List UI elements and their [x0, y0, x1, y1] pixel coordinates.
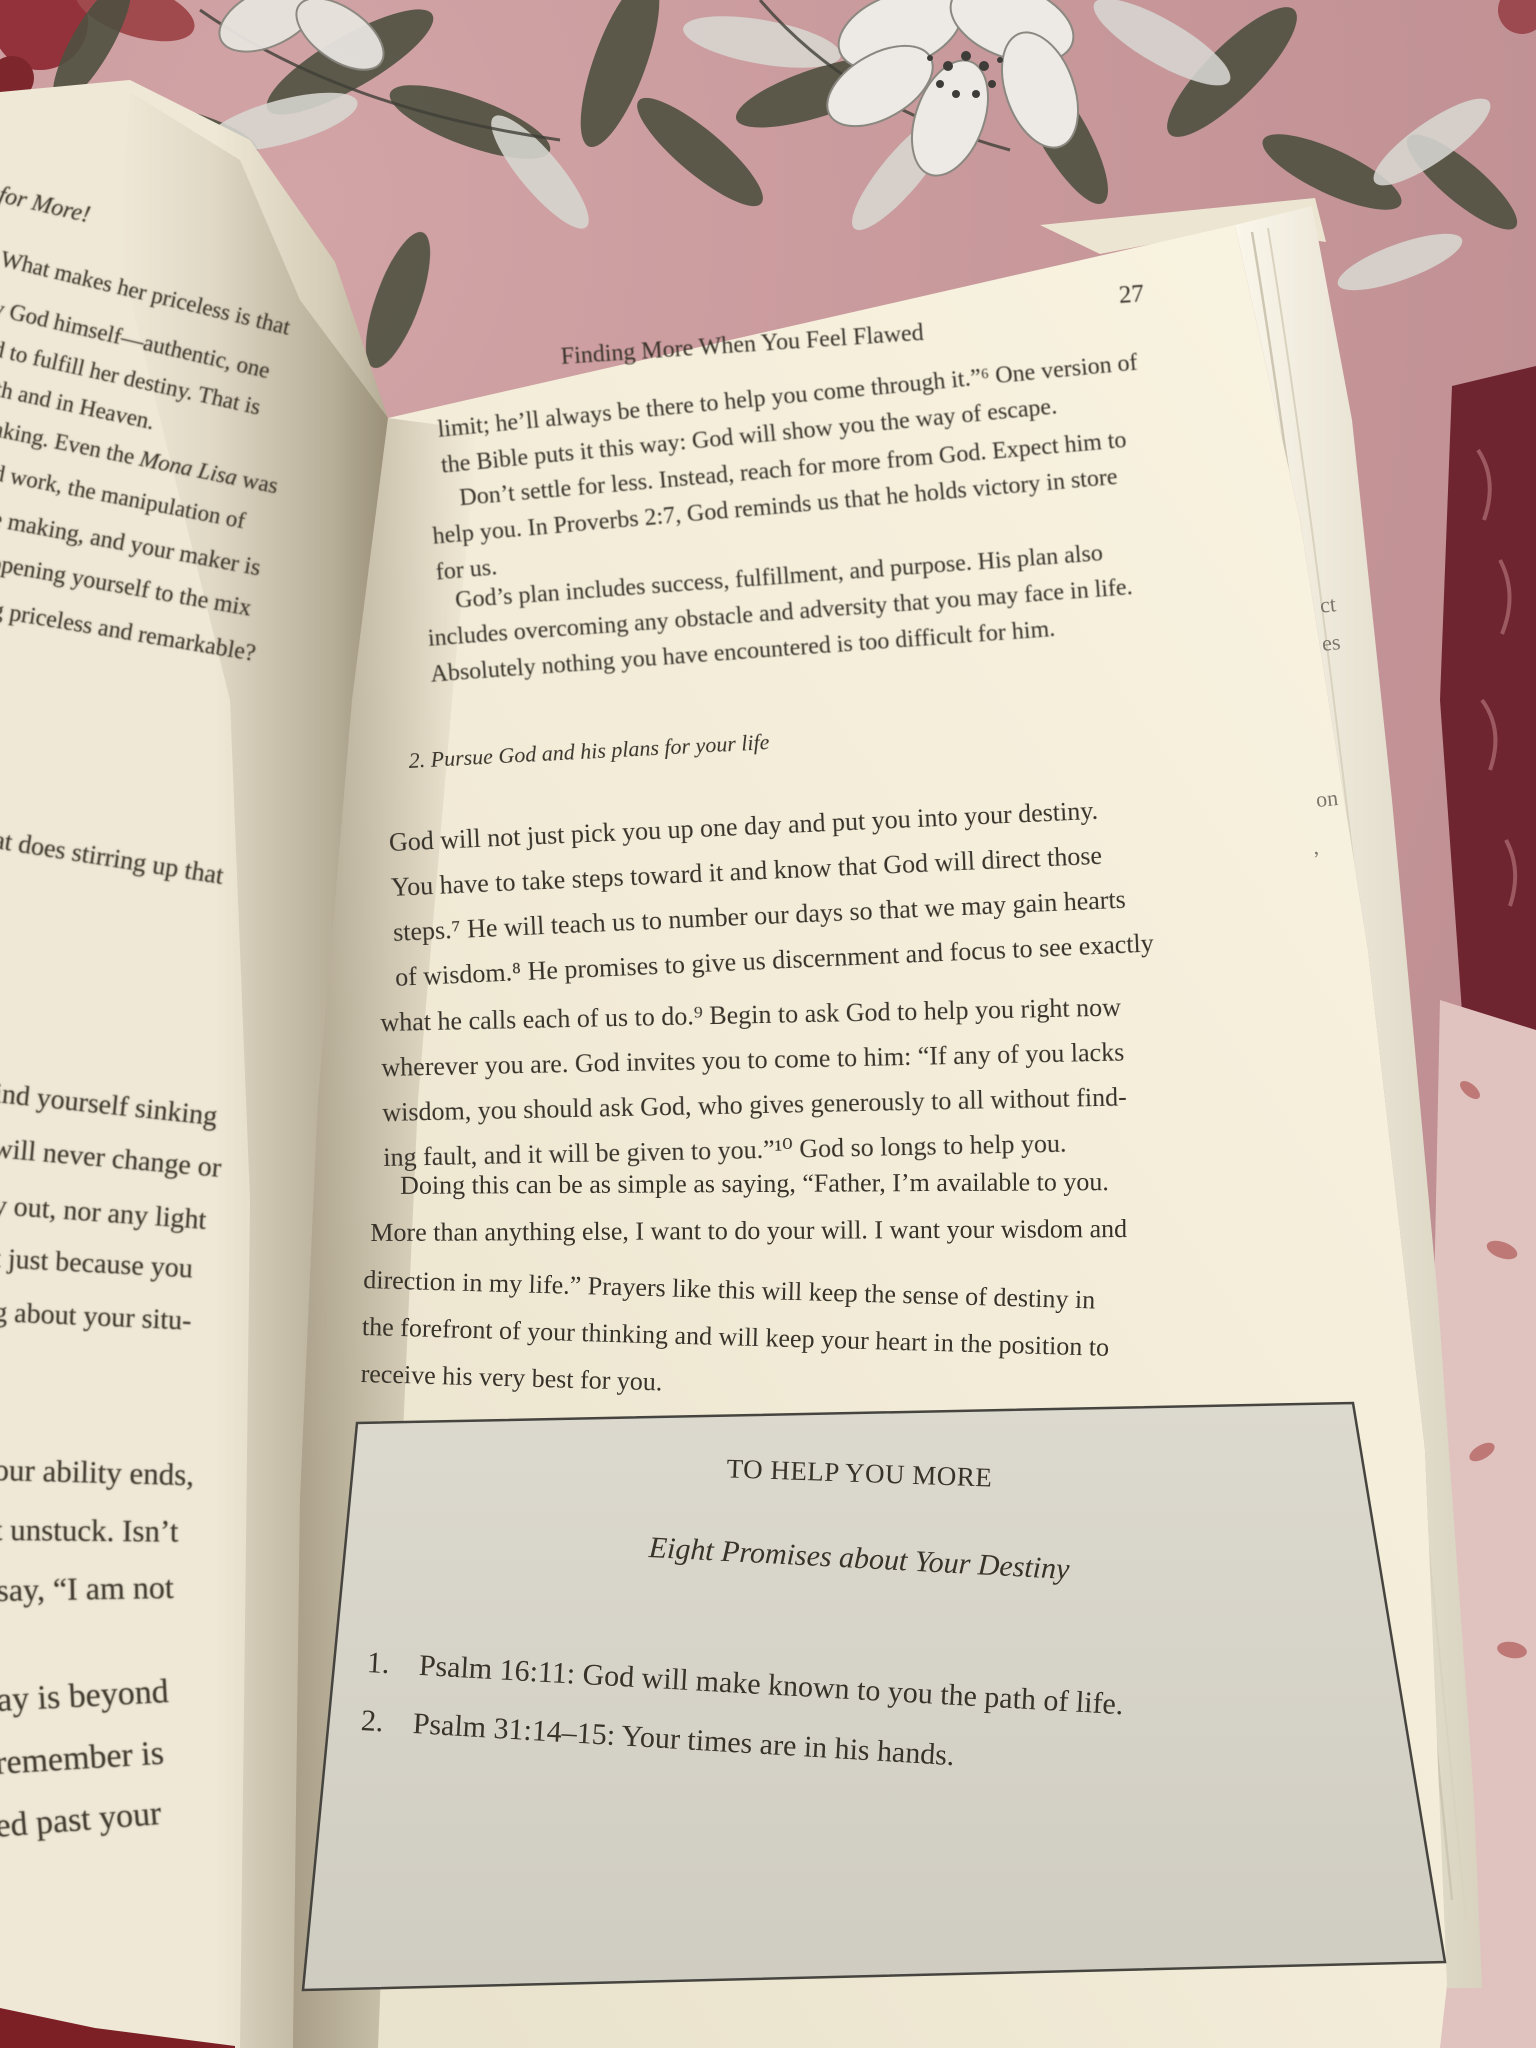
item-number: 2.	[360, 1704, 414, 1741]
page-number: 27	[1118, 280, 1145, 310]
edge-fragment: on	[1315, 785, 1340, 813]
paragraph-4a: God will not just pick you up one day an…	[388, 786, 1155, 1000]
edge-fragment: ct	[1319, 591, 1338, 619]
left-text-line: say, “I am not	[0, 1569, 174, 1609]
left-text-line: our ability ends,	[0, 1452, 195, 1493]
item-number: 1.	[366, 1646, 420, 1683]
paragraph-5b: direction in my life.” Prayers like this…	[360, 1256, 1111, 1418]
book-photo: ct es on , for More! What makes her pric…	[0, 0, 1536, 2048]
body-line: More than anything else, I want to do yo…	[370, 1205, 1127, 1256]
paragraph-4b: what he calls each of us to do.⁹ Begin t…	[380, 984, 1128, 1180]
edge-fragment: es	[1321, 629, 1342, 657]
left-text-line: t unstuck. Isn’t	[0, 1512, 179, 1550]
body-line: Doing this can be as simple as saying, “…	[370, 1158, 1127, 1209]
paragraph-5a: Doing this can be as simple as saying, “…	[370, 1158, 1127, 1256]
